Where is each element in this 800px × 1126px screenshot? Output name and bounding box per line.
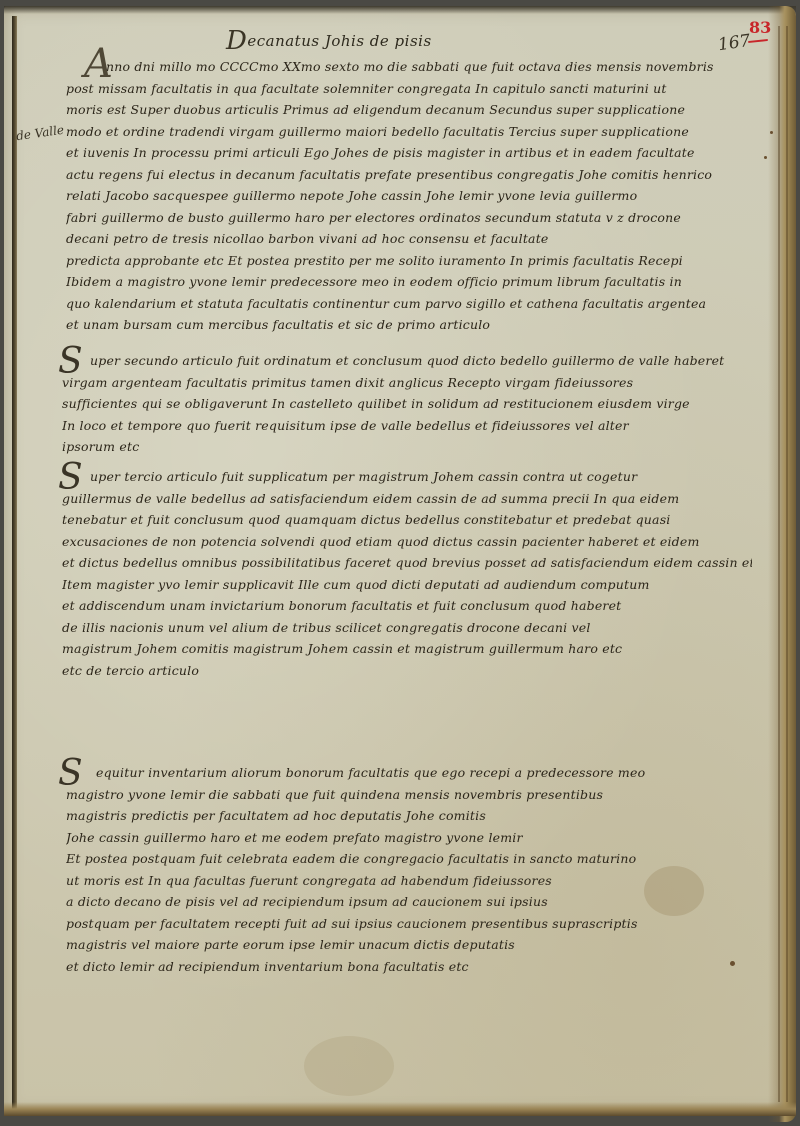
text-line: modo et ordine tradendi virgam guillermo… <box>66 121 756 143</box>
text-line: equitur inventarium aliorum bonorum facu… <box>66 762 756 784</box>
text-line: post missam facultatis in qua facultate … <box>66 78 756 100</box>
text-line: Item magister yvo lemir supplicavit Ille… <box>62 574 752 596</box>
text-line: magistris vel maiore parte eorum ipse le… <box>66 934 756 956</box>
text-line: nno dni millo mo CCCCmo XXmo sexto mo di… <box>66 56 756 78</box>
text-line: ut moris est In qua facultas fuerunt con… <box>66 870 756 892</box>
text-line: fabri guillermo de busto guillermo haro … <box>66 207 756 229</box>
text-line: postquam per facultatem recepti fuit ad … <box>66 913 756 935</box>
heading-initial: D <box>226 26 247 56</box>
text-line: sufficientes qui se obligaverunt In cast… <box>62 393 752 415</box>
heading-text: ecanatus Johis de pisis <box>247 32 431 50</box>
text-line: Johe cassin guillermo haro et me eodem p… <box>66 827 756 849</box>
text-line: relati Jacobo sacquespee guillermo nepot… <box>66 185 756 207</box>
paragraph-third-article: uper tercio articulo fuit supplicatum pe… <box>62 466 752 681</box>
text-line: In loco et tempore quo fuerit requisitum… <box>62 415 752 437</box>
text-line: quo kalendarium et statuta facultatis co… <box>66 293 756 315</box>
paragraph-inventory: equitur inventarium aliorum bonorum facu… <box>66 762 756 977</box>
text-line: Et postea postquam fuit celebrata eadem … <box>66 848 756 870</box>
text-line: excusaciones de non potencia solvendi qu… <box>62 531 752 553</box>
text-line: uper secundo articulo fuit ordinatum et … <box>62 350 752 372</box>
page-top-edge <box>4 6 796 14</box>
text-line: de illis nacionis unum vel alium de trib… <box>62 617 752 639</box>
manuscript-viewer: 83 167 Decanatus Johis de pisis de Valle… <box>0 0 800 1126</box>
text-line: et addiscendum unam invictarium bonorum … <box>62 595 752 617</box>
text-line: et unam bursam cum mercibus facultatis e… <box>66 314 756 336</box>
paper-stain <box>304 1036 394 1096</box>
page-fore-edge <box>768 6 796 1122</box>
text-line: tenebatur et fuit conclusum quod quamqua… <box>62 509 752 531</box>
text-line: moris est Super duobus articulis Primus … <box>66 99 756 121</box>
ink-spot <box>764 156 767 159</box>
ink-spot <box>770 131 773 134</box>
text-line: magistro yvone lemir die sabbati que fui… <box>66 784 756 806</box>
text-line: decani petro de tresis nicollao barbon v… <box>66 228 756 250</box>
text-line: ipsorum etc <box>62 436 752 458</box>
text-line: virgam argenteam facultatis primitus tam… <box>62 372 752 394</box>
paragraph-second-article: uper secundo articulo fuit ordinatum et … <box>62 350 752 458</box>
text-line: actu regens fui electus in decanum facul… <box>66 164 756 186</box>
text-line: magistrum Johem comitis magistrum Johem … <box>62 638 752 660</box>
text-line: et dicto lemir ad recipiendum inventariu… <box>66 956 756 978</box>
edge-line <box>786 26 788 1102</box>
text-line: magistris predictis per facultatem ad ho… <box>66 805 756 827</box>
text-line: et iuvenis In processu primi articuli Eg… <box>66 142 756 164</box>
text-line: etc de tercio articulo <box>62 660 752 682</box>
folio-number-red: 83 <box>749 18 771 37</box>
binding-edge <box>12 16 17 1116</box>
text-line: et dictus bedellus omnibus possibilitati… <box>62 552 752 574</box>
text-line: predicta approbante etc Et postea presti… <box>66 250 756 272</box>
text-line: Ibidem a magistro yvone lemir predecesso… <box>66 271 756 293</box>
section-heading: Decanatus Johis de pisis <box>226 26 432 56</box>
paragraph-election: nno dni millo mo CCCCmo XXmo sexto mo di… <box>66 56 756 336</box>
page-bottom-edge <box>4 1102 796 1116</box>
text-line: uper tercio articulo fuit supplicatum pe… <box>62 466 752 488</box>
text-line: a dicto decano de pisis vel ad recipiend… <box>66 891 756 913</box>
edge-line <box>778 26 780 1102</box>
text-line: guillermus de valle bedellus ad satisfac… <box>62 488 752 510</box>
